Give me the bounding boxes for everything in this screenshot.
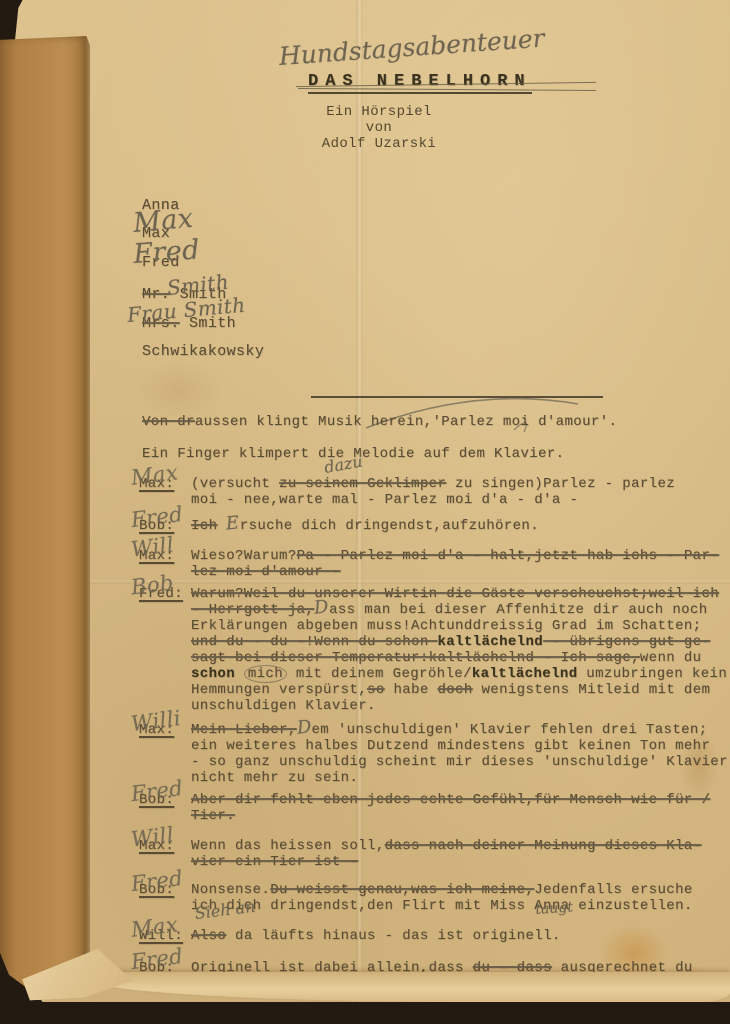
horizontal-crease <box>14 580 730 584</box>
text-segment: Wenn das heissen soll, <box>191 838 385 854</box>
text-segment: vier ein Tier ist - <box>191 854 358 870</box>
speaker-label: Bob: <box>139 792 174 808</box>
text-segment: Ich <box>191 518 217 534</box>
text-segment: - Herrgott ja, <box>191 602 314 618</box>
separator-line <box>311 396 603 398</box>
text-segment: Fred <box>142 254 180 271</box>
text-segment: so <box>367 682 385 698</box>
handwritten-title: Hundstagsabenteuer <box>278 24 545 71</box>
script-line: ein weiteres halbes Dutzend mindestens g… <box>191 738 728 754</box>
script-line: - so ganz unschuldig scheint mir dieses … <box>191 754 728 770</box>
text-segment: em 'unschuldigen' Klavier fehlen drei Ta… <box>311 722 707 738</box>
character-row: Mrs. SmithFrau Smith <box>142 316 236 332</box>
binding-edge-highlight <box>85 36 90 996</box>
text-segment: Max <box>142 225 170 242</box>
script-line: Aber dir fehlt eben jedes echte Gefühl,f… <box>191 792 710 808</box>
dialogue-text: Aber dir fehlt eben jedes echte Gefühl,f… <box>191 792 710 824</box>
text-segment: ass man bei dieser Affenhitze dir auch n… <box>329 602 707 618</box>
script-line: lez moi d'amour - <box>191 564 719 580</box>
text-segment: zu singen)Parlez - parlez <box>446 476 675 492</box>
character-row: FredFred <box>142 255 180 271</box>
dialogue-text: Von draussen klingt Musik herein,'Parlez… <box>142 414 617 430</box>
text-segment: Aber dir fehlt eben jedes echte Gefühl,f… <box>191 792 710 808</box>
speaker-label: Bob: <box>139 882 174 898</box>
script-line: Hemmungen verspürst,so habe doch wenigst… <box>191 682 727 698</box>
text-segment: mich <box>244 665 287 683</box>
speaker-label: Max: <box>139 722 174 738</box>
text-segment: da läufts hinaus - das ist originell. <box>226 928 560 944</box>
text-segment: kaltlächelnd <box>437 634 543 650</box>
dialogue-text: Wieso?Warum?Pa - Parlez moi d'a - halt,j… <box>191 548 719 580</box>
text-segment: lez moi d'amour - <box>191 564 341 580</box>
character-row: Mr. SmithSmith <box>142 287 227 303</box>
speaker-label: Max: <box>139 476 174 492</box>
text-segment: Erklärungen abgeben muss!Achtunddreissig… <box>191 618 701 634</box>
text-segment: Mr. <box>142 286 170 303</box>
manuscript-photo: { "colors":{"paper":"#d8bc86","binding":… <box>0 0 730 1024</box>
script-line: sagt bei dieser Temperatur:kaltlächelnd … <box>191 650 727 666</box>
text-segment: und du - du -!Wenn du schon <box>191 634 437 650</box>
text-segment: Schwikakowsky <box>142 343 264 360</box>
text-segment: ich dich dringendst,den Flirt mit Miss A… <box>191 898 693 914</box>
text-segment: Anna <box>142 197 180 214</box>
script-line: Wieso?Warum?Pa - Parlez moi d'a - halt,j… <box>191 548 719 564</box>
text-segment: - übrigens gut ge- <box>543 634 710 650</box>
text-segment: Mein Lieber, <box>191 722 297 738</box>
script-line: und du - du -!Wenn du schon kaltlächelnd… <box>191 634 727 650</box>
text-segment: Wieso?Warum? <box>191 548 297 564</box>
manuscript-page: Hundstagsabenteuer DAS NEBELHORN Ein Hör… <box>14 0 730 1002</box>
script-line: Mein Lieber,Dem 'unschuldigen' Klavier f… <box>191 722 728 738</box>
speaker-label: Will: <box>139 928 183 944</box>
text-segment: Jedenfalls ersuche <box>534 882 692 898</box>
text-segment: wenn du <box>640 650 702 666</box>
text-segment: Nonsense. <box>191 882 270 898</box>
text-segment: D <box>296 722 312 733</box>
text-segment: Smith <box>170 286 226 303</box>
binding-strip <box>0 36 90 996</box>
subtitle-line: von <box>14 120 730 136</box>
text-segment: dass nach deiner Meinung dieses Kla- <box>385 838 702 854</box>
character-row: Schwikakowsky <box>142 344 264 360</box>
dialogue-text: Ich Ersuche dich dringendst,aufzuhören. <box>191 518 539 534</box>
text-segment: umzubringen kein <box>578 666 728 682</box>
text-segment: Mrs. <box>142 315 180 332</box>
text-segment <box>217 518 226 534</box>
script-line: Von draussen klingt Musik herein,'Parlez… <box>142 414 617 430</box>
script-line: (versucht zu seinem Geklimper zu singen)… <box>191 476 675 492</box>
subtitle-line: Adolf Uzarski <box>14 136 730 152</box>
text-segment: D <box>314 602 330 613</box>
age-stain <box>134 360 224 420</box>
text-segment: schon <box>191 666 244 682</box>
script-line: Ich Ersuche dich dringendst,aufzuhören. <box>191 518 539 534</box>
text-segment: aussen klingt Musik herein, <box>195 414 433 430</box>
speaker-label: Max: <box>139 548 174 564</box>
text-segment: wenigstens Mitleid mit dem <box>473 682 711 698</box>
script-line: Nonsense.Du weisst genau,was ich meine,J… <box>191 882 693 898</box>
script-line: moi - nee,warte mal - Parlez moi d'a - d… <box>191 492 675 508</box>
text-segment: kaltlächelnd <box>472 666 578 682</box>
script-line: Also da läufts hinaus - das ist originel… <box>191 928 561 944</box>
script-line: Wenn das heissen soll,dass nach deiner M… <box>191 838 702 854</box>
text-segment: - so ganz unschuldig scheint mir dieses … <box>191 754 728 770</box>
script-line: - Herrgott ja,Dass man bei dieser Affenh… <box>191 602 727 618</box>
speaker-label: Max: <box>139 838 174 854</box>
text-segment: E <box>226 518 241 529</box>
dialogue-text: Wenn das heissen soll,dass nach deiner M… <box>191 838 702 870</box>
text-segment: Warum?Weil du unserer Wirtin die Gäste v… <box>191 586 719 602</box>
text-segment: zu seinem Geklimper <box>279 476 446 492</box>
dialogue-text: Ein Finger klimpert die Melodie auf dem … <box>142 446 564 462</box>
text-segment: Ein Finger klimpert die Melodie auf dem … <box>142 446 564 462</box>
text-segment: Also <box>191 928 226 944</box>
script-line: Warum?Weil du unserer Wirtin die Gäste v… <box>191 586 727 602</box>
text-segment: unschuldigen Klavier. <box>191 698 376 714</box>
character-row: MaxMax <box>142 226 170 242</box>
page-curl <box>84 972 730 1002</box>
text-segment: mit deinem Gegröhle/ <box>287 666 472 682</box>
script-line: Tier. <box>191 808 710 824</box>
text-segment: nicht mehr zu sein. <box>191 770 358 786</box>
character-row: Anna <box>142 198 180 214</box>
script-line: Ein Finger klimpert die Melodie auf dem … <box>142 446 564 462</box>
text-segment: (versucht <box>191 476 279 492</box>
text-segment: 'Parlez moi d'amour'. <box>432 414 617 430</box>
script-line: unschuldigen Klavier. <box>191 698 727 714</box>
dialogue-text: Warum?Weil du unserer Wirtin die Gäste v… <box>191 586 727 714</box>
text-segment: Hemmungen verspürst, <box>191 682 367 698</box>
script-line: nicht mehr zu sein. <box>191 770 728 786</box>
text-segment: Tier. <box>191 808 235 824</box>
dialogue-text: Nonsense.Du weisst genau,was ich meine,J… <box>191 882 693 914</box>
text-segment: Von dr <box>142 414 195 430</box>
text-segment: Du weisst genau,was ich meine, <box>270 882 534 898</box>
speaker-label: Bob: <box>139 518 174 534</box>
text-segment: moi - nee,warte mal - Parlez moi d'a - d… <box>191 492 578 508</box>
script-line: ich dich dringendst,den Flirt mit Miss A… <box>191 898 693 914</box>
dialogue-text: Mein Lieber,Dem 'unschuldigen' Klavier f… <box>191 722 728 786</box>
subtitle-block: Ein Hörspiel von Adolf Uzarski <box>14 104 730 152</box>
text-segment: doch <box>437 682 472 698</box>
subtitle-line: Ein Hörspiel <box>14 104 730 120</box>
dialogue-text: (versucht zu seinem Geklimper zu singen)… <box>191 476 675 508</box>
text-segment: Smith <box>180 315 236 332</box>
script-line: vier ein Tier ist - <box>191 854 702 870</box>
text-segment: habe <box>385 682 438 698</box>
speaker-label: Fred: <box>139 586 183 602</box>
text-segment: sagt bei dieser Temperatur:kaltlächelnd … <box>191 650 640 666</box>
dialogue-text: Also da läufts hinaus - das ist originel… <box>191 928 561 944</box>
script-line: Erklärungen abgeben muss!Achtunddreissig… <box>191 618 727 634</box>
text-segment: rsuche dich dringendst,aufzuhören. <box>240 518 539 534</box>
text-segment: Pa - Parlez moi d'a - halt,jetzt hab ich… <box>297 548 719 564</box>
text-segment: ein weiteres halbes Dutzend mindestens g… <box>191 738 710 754</box>
script-line: schon mich mit deinem Gegröhle/kaltläche… <box>191 666 727 682</box>
